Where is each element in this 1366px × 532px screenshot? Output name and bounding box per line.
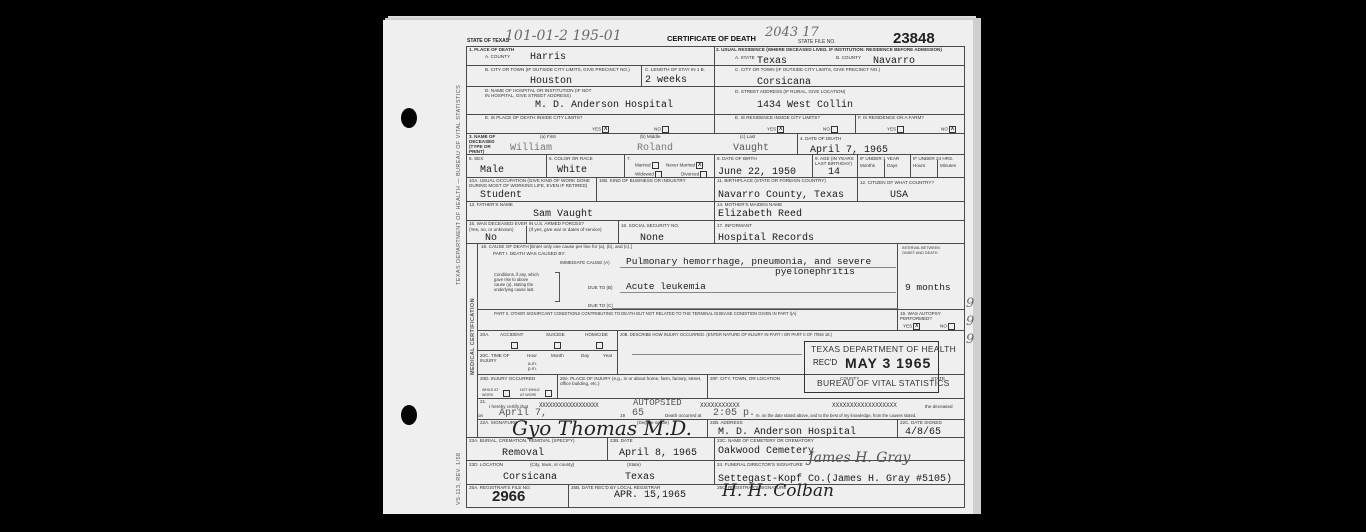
armed-forces-sub2: (If yes, give war or dates of service) xyxy=(529,227,602,232)
rule xyxy=(714,154,715,178)
race-label: 6. COLOR OR RACE xyxy=(549,156,593,161)
margin-mark-1: 9 xyxy=(966,296,974,311)
rule xyxy=(812,154,813,178)
due-to-b-interval: 9 months xyxy=(905,282,951,293)
cemetery-label: 23c. NAME OF CEMETERY OR CREMATORY xyxy=(717,438,814,443)
first-name-value: William xyxy=(510,143,552,154)
rule xyxy=(707,374,708,398)
sex-label: 5. SEX xyxy=(469,156,483,161)
rule xyxy=(477,350,617,351)
state-label: STATE OF TEXAS xyxy=(467,38,509,44)
last-name-label: (c) Last xyxy=(740,134,755,139)
rule xyxy=(632,354,802,355)
residence-county-label: b. COUNTY xyxy=(836,55,861,60)
item-21-label: 21. xyxy=(480,399,486,404)
not-at-work-checkbox[interactable] xyxy=(545,390,552,397)
rule xyxy=(526,226,527,244)
rule xyxy=(607,437,608,460)
citizen-label: 12. CITIZEN OF WHAT COUNTRY? xyxy=(860,180,934,185)
first-name-label: (a) First xyxy=(540,134,556,139)
margin-mark-2: 9 xyxy=(966,314,974,329)
length-of-stay-label: c. LENGTH OF STAY in 1 b. xyxy=(645,67,705,72)
birth-date-label: 8. DATE OF BIRTH xyxy=(717,156,757,161)
rule xyxy=(620,292,896,293)
birthplace-value: Navarro County, Texas xyxy=(718,190,844,201)
rule xyxy=(714,201,715,221)
burial-date-value: April 8, 1965 xyxy=(619,448,697,459)
farm-label: f. IS RESIDENCE ON A FARM? xyxy=(858,115,924,120)
date-of-death-label: 4. DATE OF DEATH xyxy=(800,136,841,141)
sex-value: Male xyxy=(480,165,504,176)
injury-occurred-label: 20d. INJURY OCCURRED xyxy=(480,376,535,381)
length-of-stay-value: 2 weeks xyxy=(645,75,687,86)
rule xyxy=(714,86,965,87)
death-city-value: Houston xyxy=(530,76,572,87)
certificate-number: 23848 xyxy=(893,30,935,47)
state-sub-label: (State) xyxy=(627,462,641,467)
immediate-cause-label: IMMEDIATE CAUSE (a) xyxy=(560,260,610,265)
describe-injury-label: 20b. DESCRIBE HOW INJURY OCCURRED. (Ente… xyxy=(620,332,832,337)
rule xyxy=(557,374,558,398)
due-to-b-label: DUE TO (b) xyxy=(588,285,613,290)
race-value: White xyxy=(557,165,587,176)
funeral-director-label: 24. FUNERAL DIRECTOR'S SIGNATURE xyxy=(717,462,803,467)
mother-label: 14. MOTHER'S MAIDEN NAME xyxy=(717,202,782,207)
death-county-value: Harris xyxy=(530,52,566,63)
rule xyxy=(641,65,642,86)
place-of-injury-label: 20e. PLACE OF INJURY (e.g., in or about … xyxy=(560,376,705,386)
disposition-label: 23a. BURIAL, CREMATION, REMOVAL (Specify… xyxy=(469,438,575,443)
death-county-label: a. COUNTY xyxy=(485,54,510,59)
location-sub-label: (City, town, or county) xyxy=(530,462,574,467)
accident-label: ACCIDENT xyxy=(500,332,523,337)
residence-county-value: Navarro xyxy=(873,56,915,67)
location-value: Corsicana xyxy=(503,472,557,483)
part2-label: PART II. OTHER SIGNIFICANT CONDITIONS CO… xyxy=(494,311,796,316)
rule xyxy=(477,243,478,438)
death-inside-city-label: e. IS PLACE OF DEATH INSIDE CITY LIMITS? xyxy=(485,115,582,120)
informant-label: 17. INFORMANT xyxy=(717,223,752,228)
hospital-label: d. NAME OF HOSPITAL OR INSTITUTION (If n… xyxy=(485,88,595,98)
birthplace-label: 11. BIRTHPLACE (State or foreign country… xyxy=(717,178,826,183)
registrar-date-value: APR. 15,1965 xyxy=(614,490,686,501)
marital-never-married[interactable]: Never MarriedX xyxy=(666,162,703,169)
place-of-death-label: 1. PLACE OF DEATH xyxy=(469,47,514,52)
residence-city-value: Corsicana xyxy=(757,77,811,88)
due-to-b-value: Acute leukemia xyxy=(626,281,706,292)
certificate-title: CERTIFICATE OF DEATH xyxy=(667,34,756,43)
marital-label: 7. xyxy=(627,156,631,161)
part1-label: PART I. DEATH WAS CAUSED BY: xyxy=(493,251,566,256)
rule xyxy=(620,267,896,268)
residence-inside-city-no[interactable]: NO xyxy=(823,126,838,133)
while-at-work-label: WHILE AT WORK xyxy=(482,388,500,398)
minutes-label: Minutes xyxy=(940,163,956,168)
received-stamp: TEXAS DEPARTMENT OF HEALTH REC'D MAY 3 1… xyxy=(804,341,939,393)
rule xyxy=(477,309,965,310)
rule xyxy=(617,330,618,374)
stamp-line3: BUREAU OF VITAL STATISTICS xyxy=(817,378,950,388)
on-label: on xyxy=(478,413,483,418)
rule xyxy=(466,65,715,66)
rule xyxy=(596,177,597,202)
marital-married[interactable]: Married xyxy=(635,162,659,169)
cause-section-label: 18. CAUSE OF DEATH [Enter only one cause… xyxy=(481,244,632,249)
death-city-label: b. CITY OR TOWN (If outside city limits,… xyxy=(485,67,630,72)
middle-name-value: Roland xyxy=(637,143,673,154)
rule xyxy=(714,65,965,66)
autopsy-no[interactable]: NO xyxy=(940,323,955,330)
struck-text-3: XXXXXXXXXXXXXXXXXX xyxy=(832,402,897,409)
homicide-checkbox[interactable] xyxy=(596,342,603,349)
punch-hole-bottom xyxy=(401,405,417,425)
citizen-value: USA xyxy=(890,190,908,201)
rule xyxy=(857,154,858,178)
under-24-label: IF UNDER 24 HRS. xyxy=(913,156,953,161)
burial-state-value: Texas xyxy=(625,472,655,483)
residence-label: 2. USUAL RESIDENCE (Where deceased lived… xyxy=(716,47,942,52)
name-label: 3. NAME OF DECEASED (Type or print) xyxy=(469,134,505,154)
ampm-label: a.m. p.m. xyxy=(528,361,542,371)
autopsy-label: 19. WAS AUTOPSY PERFORMED? xyxy=(900,311,960,321)
hospital-value: M. D. Anderson Hospital xyxy=(535,100,673,111)
rule xyxy=(707,419,708,438)
punch-hole-top xyxy=(401,108,417,128)
rule xyxy=(477,398,965,399)
occupation-label: 10a. USUAL OCCUPATION (Give kind of work… xyxy=(469,178,594,188)
address-label: 22b. ADDRESS xyxy=(710,420,743,425)
stamp-line1: TEXAS DEPARTMENT OF HEALTH xyxy=(811,344,956,354)
father-value: Sam Vaught xyxy=(533,209,593,220)
death-inside-city-no[interactable]: NO xyxy=(654,126,669,133)
margin-vertical-text: TEXAS DEPARTMENT OF HEALTH — BUREAU OF V… xyxy=(456,85,462,285)
day-label: Day xyxy=(581,353,589,358)
rule xyxy=(477,330,965,331)
hours-label: Hours xyxy=(913,163,925,168)
interval-label: INTERVAL BETWEEN ONSET AND DEATH xyxy=(902,246,952,256)
days-label: Days xyxy=(887,163,897,168)
autopsied-text: AUTOPSIED xyxy=(633,398,682,408)
last-name-value: Vaught xyxy=(733,143,769,154)
rule xyxy=(797,133,798,155)
farm-yes[interactable]: YES xyxy=(887,126,904,133)
residence-state-label: a. STATE xyxy=(735,55,755,60)
registrar-box xyxy=(466,484,965,508)
under-year-label: IF UNDER 1 YEAR xyxy=(860,156,899,161)
business-label: 10b. KIND OF BUSINESS OR INDUSTRY xyxy=(599,178,686,183)
armed-forces-label: 15. WAS DECEASED EVER IN U.S. ARMED FORC… xyxy=(469,221,584,226)
bracket xyxy=(555,272,560,302)
cemetery-value: Oakwood Cemetery xyxy=(718,446,814,457)
rule xyxy=(466,86,715,87)
registrar-file-value: 2966 xyxy=(492,488,525,505)
occupation-value: Student xyxy=(480,190,522,201)
rule xyxy=(714,177,715,202)
accident-checkbox[interactable] xyxy=(511,342,518,349)
rule xyxy=(855,114,856,134)
degree-label: (Degree or title) xyxy=(637,420,669,425)
handwritten-file-number: 2043 17 xyxy=(765,25,819,40)
struck-text-1: XXXXXXXXXXXXXXXXXX xyxy=(539,402,598,409)
mother-value: Elizabeth Reed xyxy=(718,209,802,220)
not-at-work-label: NOT WHILE AT WORK xyxy=(520,388,542,398)
residence-city-label: c. CITY OR TOWN (If outside city limits,… xyxy=(735,67,880,72)
residence-state-value: Texas xyxy=(757,56,787,67)
armed-forces-sub1: (Yes, no, or unknown) xyxy=(469,227,514,232)
residence-street-value: 1434 West Collin xyxy=(757,100,853,111)
month-label: Month xyxy=(551,353,564,358)
due-to-c-label: DUE TO (c) xyxy=(588,303,613,308)
rule xyxy=(546,154,547,178)
death-time-value: 2:05 p. xyxy=(713,408,755,419)
certification-statement: m. on the date stated above, and to the … xyxy=(756,413,916,418)
registrar-signature: H. H. Colban xyxy=(722,481,834,501)
homicide-label: HOMICIDE xyxy=(585,332,608,337)
death-inside-city-yes[interactable]: YESX xyxy=(592,126,609,133)
handwritten-number: 101-01-2 195-01 xyxy=(505,28,622,44)
stamp-date: MAY 3 1965 xyxy=(845,355,931,371)
deceased-label: the deceased xyxy=(925,404,953,409)
stamp-recd: REC'D xyxy=(813,358,837,367)
rule xyxy=(897,419,898,438)
rule xyxy=(618,220,619,244)
rule xyxy=(714,220,715,244)
ssn-label: 16. SOCIAL SECURITY NO. xyxy=(621,223,679,228)
injury-city-label: 20f. CITY, TOWN, OR LOCATION xyxy=(710,376,780,381)
burial-date-label: 23b. DATE xyxy=(610,438,633,443)
rule xyxy=(937,160,938,178)
form-code: VS-113, REV. 1/58 xyxy=(456,453,462,505)
middle-name-label: (b) Middle xyxy=(640,134,660,139)
residence-inside-city-yes[interactable]: YESX xyxy=(767,126,784,133)
residence-street-label: d. STREET ADDRESS (If rural, give locati… xyxy=(735,89,845,94)
rule xyxy=(897,309,898,331)
rule xyxy=(910,154,911,178)
while-at-work-checkbox[interactable] xyxy=(503,390,510,397)
rule xyxy=(897,243,898,309)
months-label: Months xyxy=(860,163,875,168)
hour-label: Hour xyxy=(527,353,537,358)
manner-label: 20a. xyxy=(480,332,489,337)
age-label: 9. AGE (In years last birthday) xyxy=(815,156,855,166)
disposition-value: Removal xyxy=(502,448,544,459)
rule xyxy=(884,160,885,178)
suicide-checkbox[interactable] xyxy=(554,342,561,349)
farm-no[interactable]: NOX xyxy=(941,126,956,133)
rule xyxy=(857,177,858,202)
suicide-label: SUICIDE xyxy=(546,332,565,337)
state-file-label: STATE FILE NO. xyxy=(798,40,836,45)
autopsy-yes[interactable]: YESX xyxy=(903,323,920,330)
location-label: 23d. LOCATION xyxy=(469,462,503,467)
margin-mark-3: 9 xyxy=(966,332,974,347)
funeral-director-signature: James H. Gray xyxy=(808,450,910,466)
date-signed-label: 22c. DATE SIGNED xyxy=(900,420,942,425)
conditions-note: Conditions, if any, which gave rise to a… xyxy=(494,272,539,292)
time-of-injury-label: 20c. TIME OF INJURY xyxy=(480,353,512,363)
father-label: 13. FATHER'S NAME xyxy=(469,202,513,207)
rule xyxy=(568,484,569,508)
year-label: Year xyxy=(603,353,612,358)
rule xyxy=(624,154,625,178)
rule xyxy=(714,437,715,485)
residence-inside-city-label: e. IS RESIDENCE INSIDE CITY LIMITS? xyxy=(735,115,820,120)
